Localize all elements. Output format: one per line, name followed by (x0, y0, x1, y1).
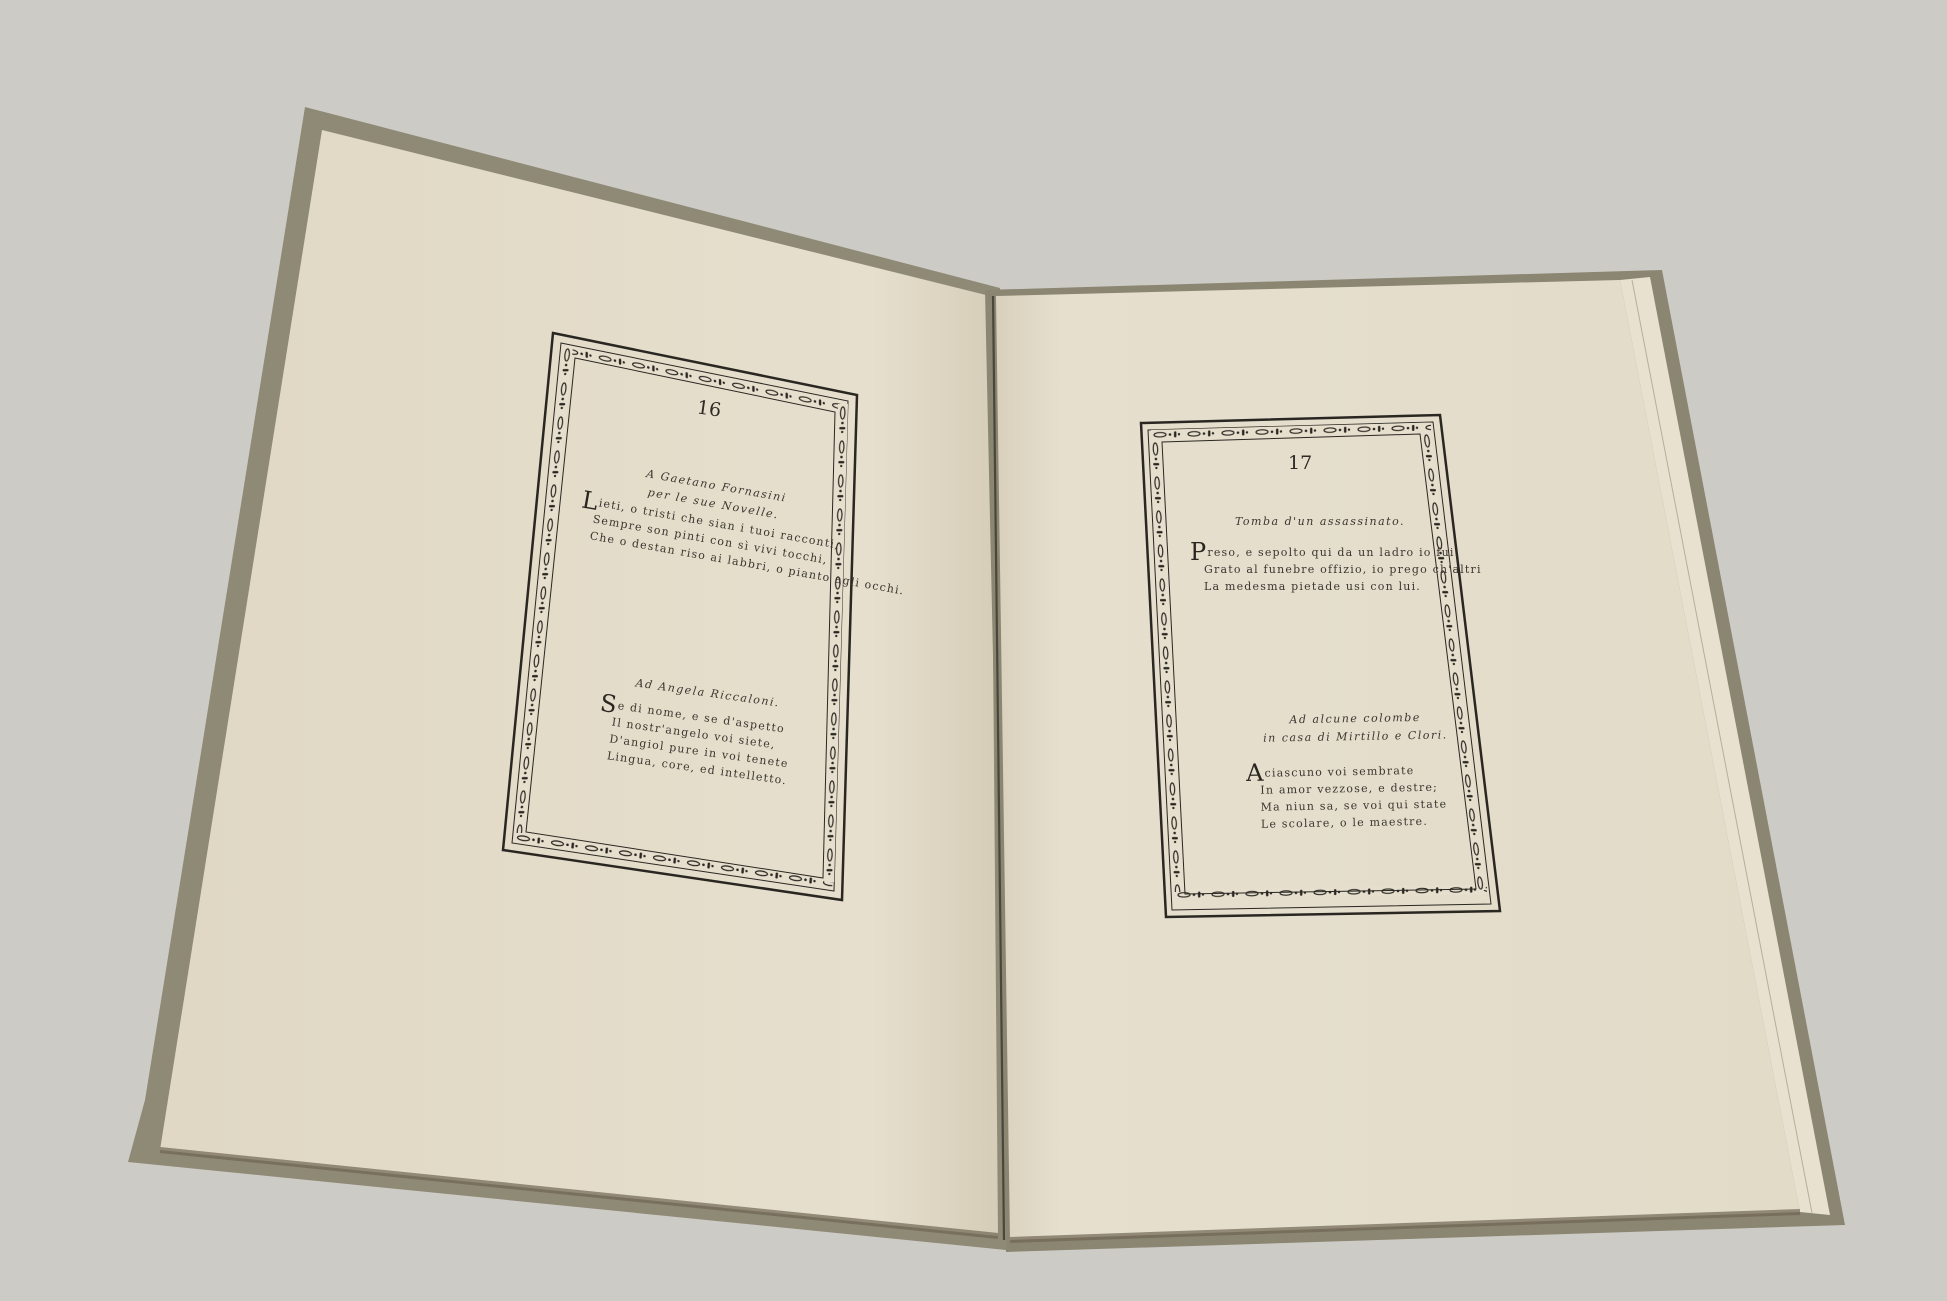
poem-verse: Preso, e sepolto qui da un ladro io fui.… (1190, 543, 1450, 595)
right-poem-2: Ad alcune colombe in casa di Mirtillo e … (1245, 708, 1467, 833)
right-poem-1: Tomba d'un assassinato. Preso, e sepolto… (1190, 513, 1450, 595)
book-photo: 16 A Gaetano Fornasini per le sue Novell… (0, 0, 1947, 1301)
book-illustration (0, 0, 1947, 1301)
poem-title: Tomba d'un assassinato. (1190, 513, 1450, 531)
left-page-number: 16 (696, 396, 723, 421)
poem-title: Ad alcune colombe in casa di Mirtillo e … (1245, 708, 1466, 748)
poem-verse: Aciascuno voi sembrate In amor vezzose, … (1246, 760, 1467, 833)
right-page-number: 17 (1288, 452, 1312, 474)
